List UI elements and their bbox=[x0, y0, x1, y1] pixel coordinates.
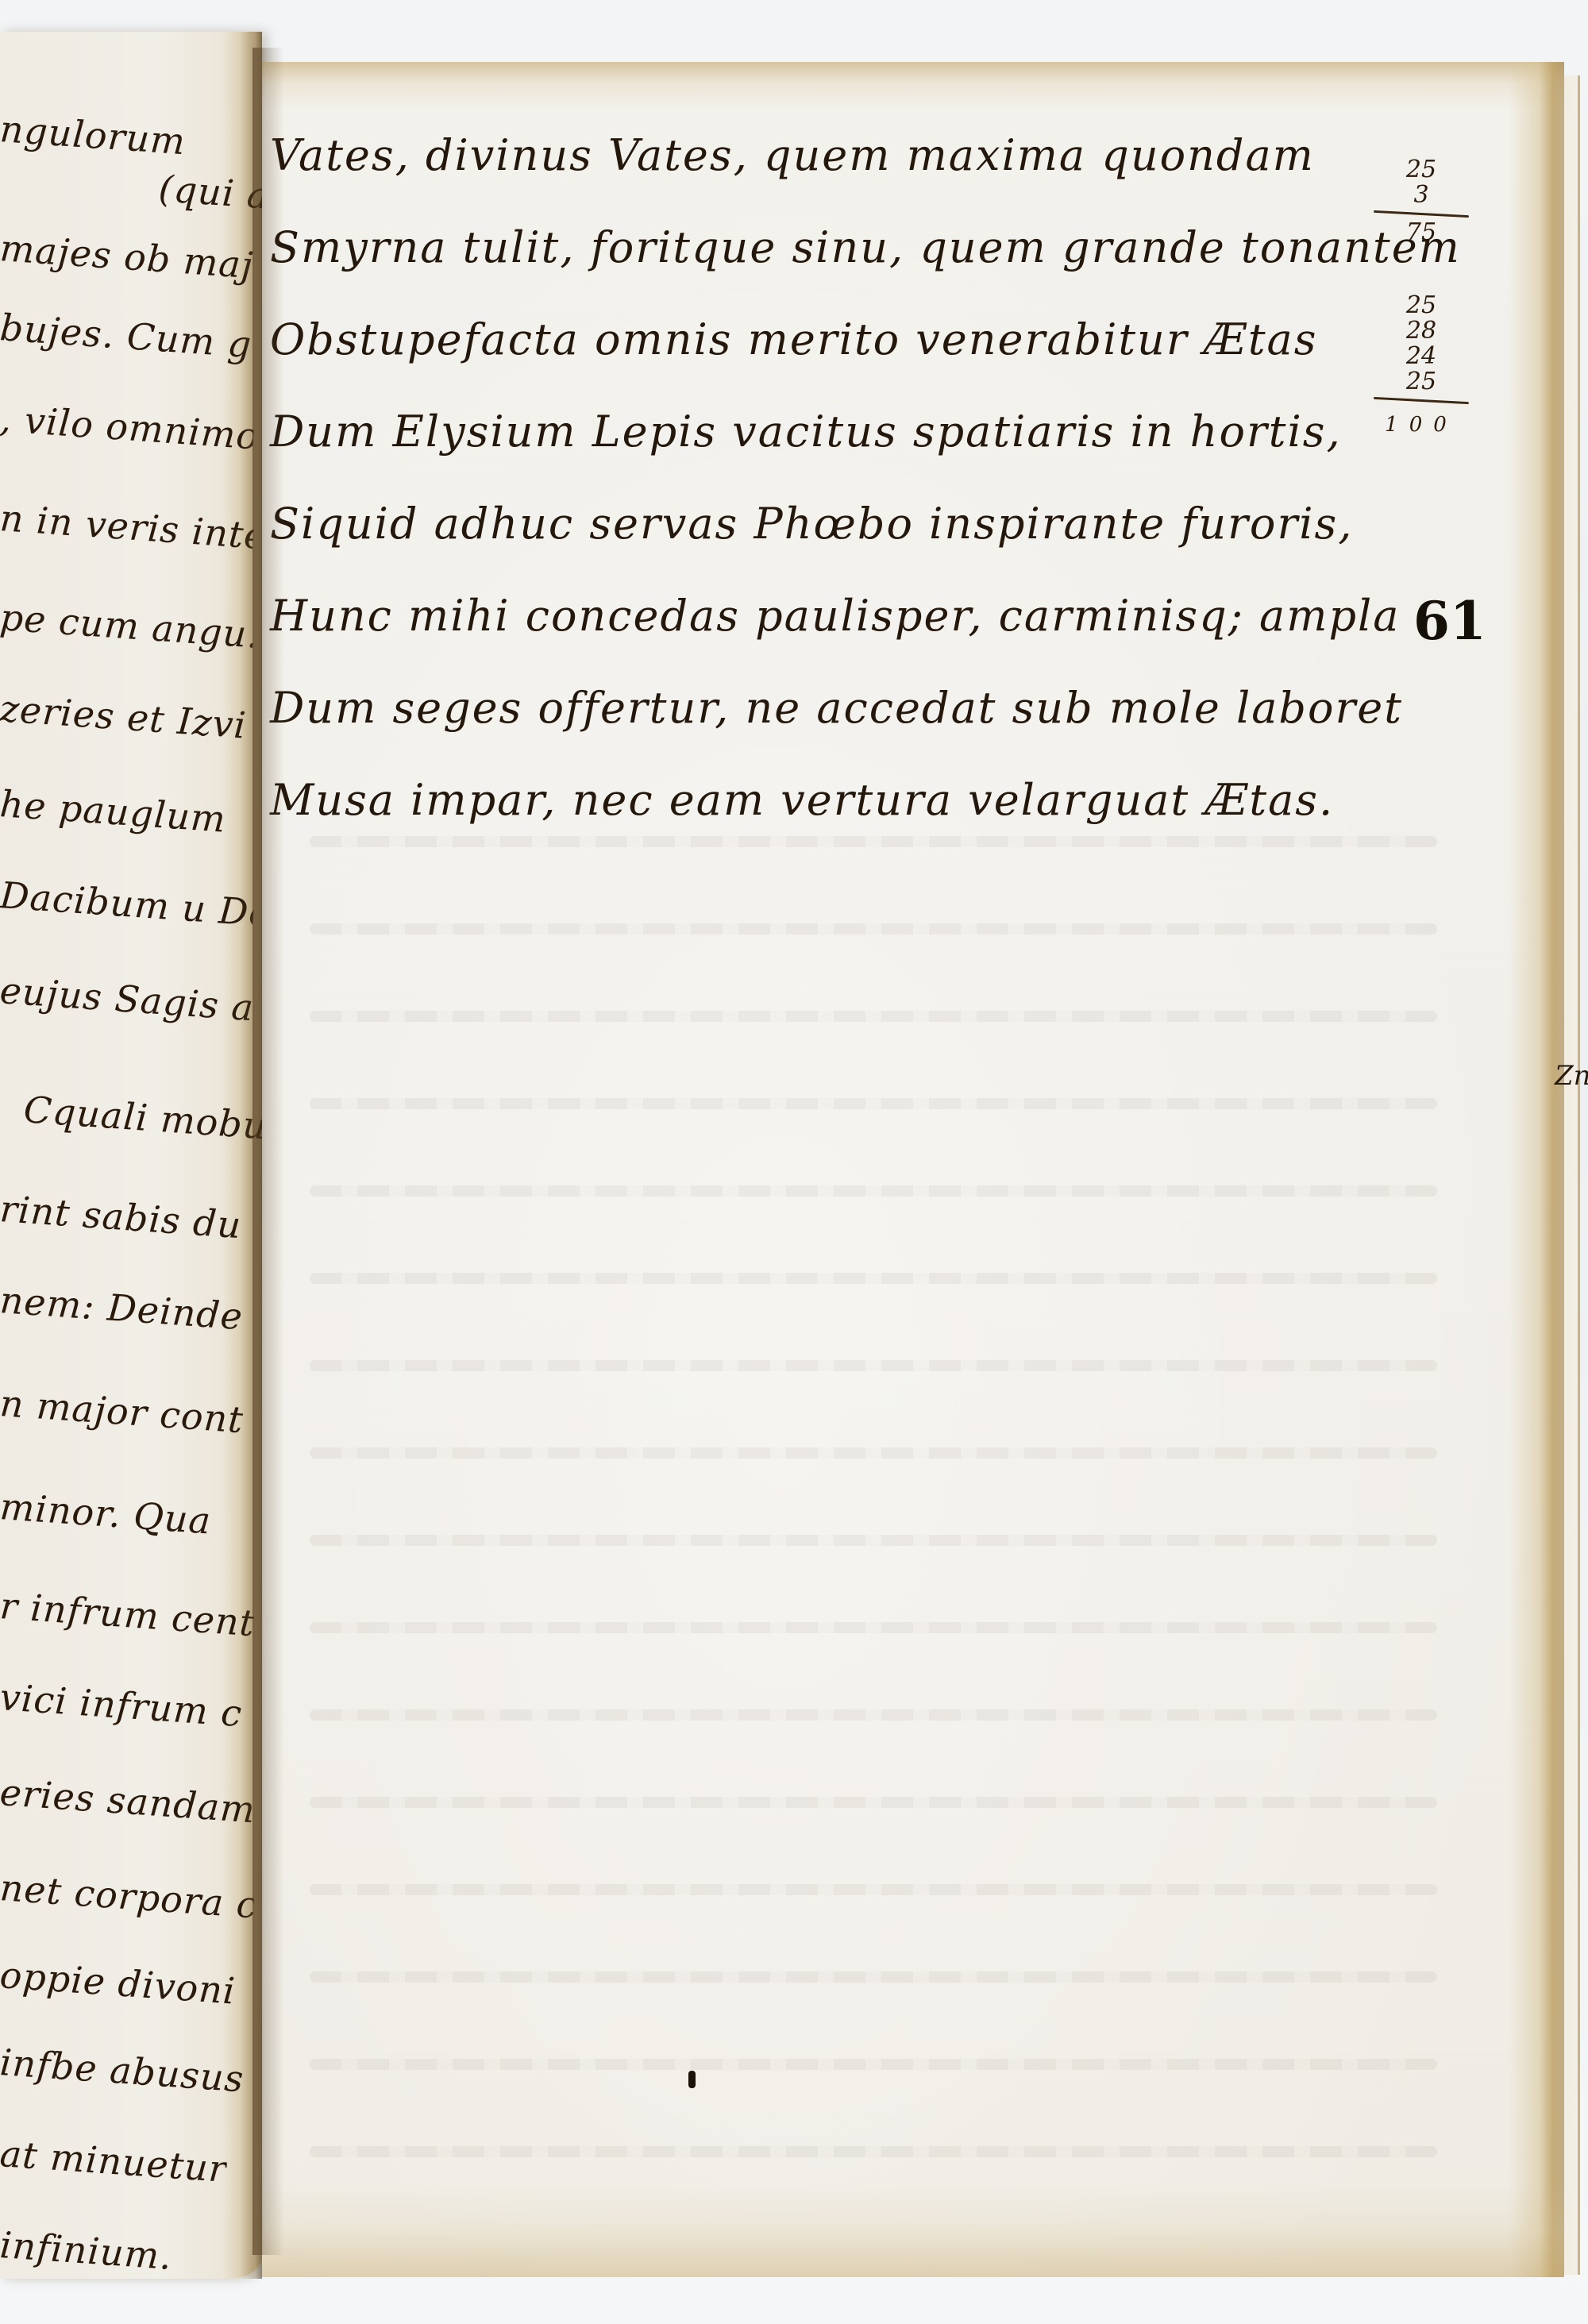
left-line: n in veris inte bbox=[0, 496, 255, 557]
calc-value: 25 bbox=[1358, 369, 1485, 395]
left-line: Cquali mobu bbox=[22, 1088, 268, 1147]
left-line: pe cum angu. bbox=[0, 595, 255, 656]
edge-text-fragment: Zn bbox=[1555, 1060, 1588, 1092]
left-line: at minuetur bbox=[0, 2132, 229, 2191]
verse-line: Obstupefacta omnis merito venerabitur Æt… bbox=[270, 294, 1382, 386]
left-line: oppie divoni bbox=[0, 1953, 237, 2013]
calc-value: 24 bbox=[1358, 344, 1485, 369]
left-line: ngulorum bbox=[0, 107, 187, 163]
left-line: rint sabis du bbox=[0, 1187, 243, 1247]
left-line: he pauglum bbox=[0, 782, 228, 841]
verse-line: Musa impar, nec eam vertura velarguat Æt… bbox=[270, 754, 1382, 846]
page-top-edge bbox=[262, 62, 1564, 110]
left-line: nem: Deinde bbox=[0, 1278, 245, 1338]
left-line: eujus Sagis ae bbox=[0, 969, 255, 1029]
left-line: Dacibum u Dec bbox=[0, 873, 255, 934]
verse-line: Vates, divinus Vates, quem maxima quonda… bbox=[270, 110, 1382, 202]
left-line: n major cont bbox=[0, 1382, 245, 1441]
calc-value: 25 bbox=[1358, 157, 1485, 183]
left-line: infbe abusus bbox=[0, 2041, 245, 2100]
left-line: r infrum cent bbox=[0, 1584, 255, 1644]
calc-rule bbox=[1374, 210, 1469, 218]
bleed-through-text bbox=[294, 792, 1485, 2206]
calc-product: 75 bbox=[1358, 220, 1485, 245]
verse-line: Siquid adhuc servas Phœbo inspirante fur… bbox=[270, 478, 1382, 570]
page-bottom-edge bbox=[262, 2182, 1564, 2277]
marginal-calculation: 25 3 75 25 28 24 25 100 bbox=[1358, 157, 1485, 437]
left-line: infinium. bbox=[0, 2223, 174, 2278]
left-line: vici infrum c bbox=[0, 1675, 244, 1735]
manuscript-photo: ngulorum (qui a majes ob majes, bujes. C… bbox=[0, 0, 1588, 2324]
left-page-text: ngulorum (qui a majes ob majes, bujes. C… bbox=[0, 32, 254, 2279]
left-line: minor. Qua bbox=[0, 1485, 213, 1542]
verse-block: Vates, divinus Vates, quem maxima quonda… bbox=[270, 110, 1382, 846]
page-number: 61 bbox=[1413, 590, 1486, 652]
page-right-edge bbox=[1509, 62, 1564, 2277]
verse-line: Dum Elysium Lepis vacitus spatiaris in h… bbox=[270, 386, 1382, 478]
verse-line: Hunc mihi concedas paulisper, carminisq;… bbox=[270, 570, 1382, 662]
ink-mark bbox=[688, 2071, 696, 2088]
calc-value: 3 bbox=[1358, 183, 1485, 208]
calc-value: 28 bbox=[1358, 318, 1485, 344]
right-page: Vates, divinus Vates, quem maxima quonda… bbox=[262, 62, 1564, 2277]
left-line: bujes. Cum gre bbox=[0, 306, 255, 366]
left-line: , vilo omnimo bbox=[0, 397, 255, 457]
calc-rule bbox=[1374, 397, 1469, 404]
verse-line: Dum seges offertur, ne accedat sub mole … bbox=[270, 662, 1382, 754]
left-page: ngulorum (qui a majes ob majes, bujes. C… bbox=[0, 32, 262, 2279]
left-line: majes ob majes, bbox=[0, 226, 255, 287]
verse-line: Smyrna tulit, foritque sinu, quem grande… bbox=[270, 202, 1382, 294]
calc-value: 25 bbox=[1358, 293, 1485, 318]
binding-gutter bbox=[252, 48, 284, 2255]
left-line: eries sandam bbox=[0, 1771, 255, 1831]
left-line: net corpora c bbox=[0, 1866, 255, 1926]
calc-total: 100 bbox=[1358, 413, 1485, 437]
left-line: zeries et Izvi bbox=[0, 687, 248, 747]
